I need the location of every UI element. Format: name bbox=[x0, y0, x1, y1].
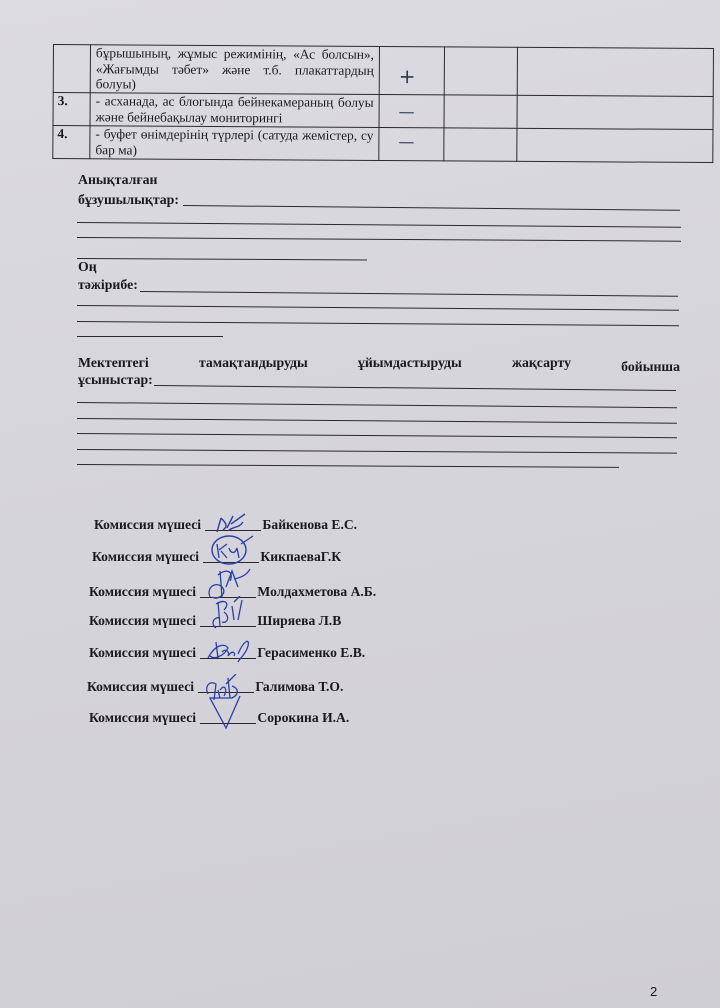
signature-line[interactable] bbox=[205, 530, 261, 531]
proposals-fill-line[interactable] bbox=[77, 433, 677, 438]
proposals-word: Мектептегі bbox=[78, 355, 149, 371]
signature-line[interactable] bbox=[198, 692, 254, 693]
criterion-text: - асханада, ас блогында бейнекамераның б… bbox=[96, 93, 374, 126]
good-practice-fill-line[interactable] bbox=[140, 291, 678, 297]
role-label: Комиссия мүшесі bbox=[89, 613, 196, 628]
member-name: КикпаеваГ.К bbox=[260, 549, 341, 564]
member-name: Галимова Т.О. bbox=[255, 679, 343, 694]
violations-fill-line[interactable] bbox=[77, 222, 681, 228]
minus-mark: — bbox=[398, 132, 414, 151]
table-col-divider bbox=[443, 46, 445, 161]
member-name: Ширяева Л.В bbox=[257, 613, 341, 628]
table-col-divider bbox=[378, 46, 380, 161]
proposals-fill-line[interactable] bbox=[77, 418, 677, 424]
good-practice-fill-line[interactable] bbox=[77, 321, 679, 326]
handwritten-signature-icon bbox=[204, 636, 254, 664]
row-number: 3. bbox=[58, 93, 68, 109]
signature-row: Комиссия мүшесі Сорокина И.А. bbox=[89, 710, 349, 726]
role-label: Комиссия мүшесі bbox=[89, 584, 196, 599]
signature-row: Комиссия мүшесі КикпаеваГ.К bbox=[92, 549, 341, 565]
role-label: Комиссия мүшесі bbox=[87, 679, 194, 694]
signature-row: Комиссия мүшесі Ширяева Л.В bbox=[89, 613, 341, 629]
role-label: Комиссия мүшесі bbox=[89, 645, 196, 660]
violations-fill-line[interactable] bbox=[77, 258, 367, 261]
good-practice-label-line2: тәжірибе: bbox=[78, 277, 138, 293]
violations-fill-line[interactable] bbox=[183, 205, 680, 211]
signature-line[interactable] bbox=[200, 626, 256, 627]
proposals-word: ұйымдастыруды bbox=[358, 355, 462, 371]
table-border-right bbox=[712, 48, 714, 163]
signature-line[interactable] bbox=[203, 562, 259, 563]
criterion-text: бұрышының, жұмыс режимінің, «Ас болсын»,… bbox=[96, 45, 374, 93]
handwritten-signature-icon bbox=[207, 534, 255, 568]
proposals-fill-line[interactable] bbox=[77, 402, 677, 408]
table-border-bottom bbox=[52, 158, 713, 163]
proposals-fill-line[interactable] bbox=[77, 464, 619, 468]
page-number: 2 bbox=[650, 984, 657, 999]
criterion-text: - буфет өнімдерінің түрлері (сатуда жемі… bbox=[95, 126, 373, 159]
role-label: Комиссия мүшесі bbox=[89, 710, 196, 725]
proposals-fill-line[interactable] bbox=[77, 449, 677, 454]
good-practice-label-line1: Оң bbox=[78, 259, 97, 275]
member-name: Байкенова Е.С. bbox=[262, 517, 357, 532]
signature-row: Комиссия мүшесі Герасименко Е.В. bbox=[89, 645, 365, 661]
signature-line[interactable] bbox=[200, 723, 256, 724]
handwritten-signature-icon bbox=[204, 596, 250, 632]
member-name: Сорокина И.А. bbox=[257, 710, 349, 725]
violations-label-line1: Анықталған bbox=[78, 172, 157, 188]
signature-row: Комиссия мүшесі Байкенова Е.С. bbox=[94, 517, 357, 533]
member-name: Молдахметова А.Б. bbox=[257, 584, 376, 599]
table-col-divider bbox=[516, 47, 518, 162]
table-col-divider bbox=[89, 44, 91, 159]
proposals-word: жақсарту bbox=[512, 355, 571, 371]
role-label: Комиссия мүшесі bbox=[92, 549, 199, 564]
proposals-word: бойынша bbox=[621, 359, 680, 375]
handwritten-signature-icon bbox=[209, 512, 249, 536]
signature-line[interactable] bbox=[200, 658, 256, 659]
plus-mark: + bbox=[399, 64, 416, 88]
role-label: Комиссия мүшесі bbox=[94, 517, 201, 532]
good-practice-fill-line[interactable] bbox=[77, 305, 679, 311]
table-border-left bbox=[52, 44, 54, 159]
proposals-fill-line[interactable] bbox=[154, 385, 676, 391]
proposals-word: тамақтандыруды bbox=[199, 355, 308, 371]
violations-label-line2: бұзушылықтар: bbox=[78, 192, 179, 208]
proposals-label-line2: ұсыныстар: bbox=[78, 372, 153, 388]
inspection-table: бұрышының, жұмыс режимінің, «Ас болсын»,… bbox=[52, 44, 714, 164]
violations-fill-line[interactable] bbox=[77, 237, 681, 242]
good-practice-fill-line[interactable] bbox=[77, 336, 223, 337]
signature-row: Комиссия мүшесі Галимова Т.О. bbox=[87, 679, 343, 695]
proposals-label-line1: Мектептегі тамақтандыруды ұйымдастыруды … bbox=[78, 355, 680, 371]
row-number: 4. bbox=[57, 126, 67, 142]
minus-mark: — bbox=[399, 102, 415, 121]
member-name: Герасименко Е.В. bbox=[257, 645, 365, 660]
